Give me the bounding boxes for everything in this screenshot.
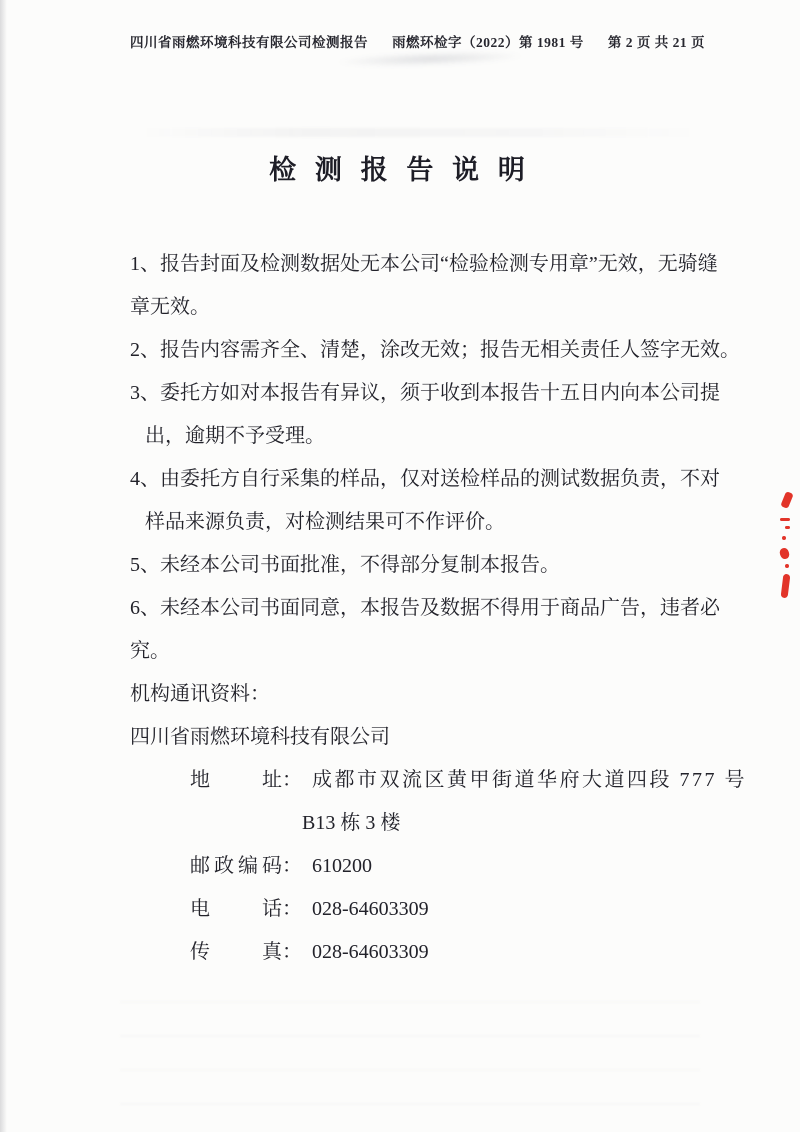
contact-row-phone: 电话：028-64603309 — [130, 888, 712, 931]
seal-mark — [781, 574, 791, 599]
contact-row-address: 地址：成都市双流区黄甲街道华府大道四段 777 号 — [130, 759, 712, 802]
scan-bleedthrough — [120, 985, 700, 1105]
note-item-3: 3、委托方如对本报告有异议，须于收到本报告十五日内向本公司提 出，逾期不予受理。 — [130, 372, 712, 458]
note-line: 3、委托方如对本报告有异议，须于收到本报告十五日内向本公司提 — [130, 372, 712, 415]
seal-mark — [785, 526, 790, 529]
header-page-number: 第 2 页 共 21 页 — [608, 31, 705, 51]
note-line: 究。 — [130, 630, 712, 673]
contact-label-address: 地址 — [190, 759, 282, 802]
note-line: 5、未经本公司书面批准，不得部分复制本报告。 — [130, 544, 712, 587]
contact-company-name: 四川省雨燃环境科技有限公司 — [130, 716, 712, 759]
contact-colon: ： — [282, 941, 302, 963]
note-line: 2、报告内容需齐全、清楚，涂改无效；报告无相关责任人签字无效。 — [130, 329, 712, 372]
note-item-6: 6、未经本公司书面同意，本报告及数据不得用于商品广告，违者必 究。 — [130, 587, 712, 673]
note-line: 4、由委托方自行采集的样品，仅对送检样品的测试数据负责，不对 — [130, 458, 712, 501]
contact-value-phone: 028-64603309 — [312, 898, 429, 920]
note-item-5: 5、未经本公司书面批准，不得部分复制本报告。 — [130, 544, 712, 587]
red-seal-fragment — [777, 492, 795, 608]
contact-value-fax: 028-64603309 — [312, 941, 429, 963]
seal-mark — [780, 491, 793, 509]
note-line: 1、报告封面及检测数据处无本公司“检验检测专用章”无效，无骑缝 — [130, 243, 712, 286]
contact-row-address-line2: B13 栋 3 楼 — [130, 802, 712, 845]
contact-heading: 机构通讯资料： — [130, 673, 712, 716]
note-line: 样品来源负责，对检测结果可不作评价。 — [130, 501, 712, 544]
contact-colon: ： — [282, 855, 302, 877]
contact-value-address: 成都市双流区黄甲街道华府大道四段 777 号 — [312, 769, 747, 791]
note-line: 章无效。 — [130, 286, 712, 329]
note-line: 6、未经本公司书面同意，本报告及数据不得用于商品广告，违者必 — [130, 587, 712, 630]
contact-label-postcode: 邮政编码 — [190, 845, 282, 888]
contact-value-address-line2: B13 栋 3 楼 — [302, 812, 400, 834]
scan-smudge — [335, 49, 525, 70]
page-title: 检 测 报 告 说 明 — [0, 148, 800, 187]
seal-mark — [785, 564, 789, 568]
contact-row-fax: 传真：028-64603309 — [130, 931, 712, 974]
scan-smudge — [140, 128, 700, 137]
seal-mark — [780, 518, 790, 521]
contact-label-phone: 电话 — [190, 888, 282, 931]
contact-section: 机构通讯资料： 四川省雨燃环境科技有限公司 地址：成都市双流区黄甲街道华府大道四… — [130, 673, 712, 974]
contact-row-postcode: 邮政编码：610200 — [130, 845, 712, 888]
contact-label-fax: 传真 — [190, 931, 282, 974]
note-item-1: 1、报告封面及检测数据处无本公司“检验检测专用章”无效，无骑缝 章无效。 — [130, 243, 712, 329]
contact-colon: ： — [282, 898, 302, 920]
note-item-4: 4、由委托方自行采集的样品，仅对送检样品的测试数据负责，不对 样品来源负责，对检… — [130, 458, 712, 544]
report-page: 四川省雨燃环境科技有限公司检测报告 雨燃环检字（2022）第 1981 号 第 … — [0, 0, 800, 1132]
report-notes-section: 1、报告封面及检测数据处无本公司“检验检测专用章”无效，无骑缝 章无效。 2、报… — [130, 243, 712, 974]
note-line: 出，逾期不予受理。 — [130, 415, 712, 458]
seal-mark — [779, 547, 791, 560]
seal-mark — [782, 536, 786, 540]
page-header: 四川省雨燃环境科技有限公司检测报告 雨燃环检字（2022）第 1981 号 第 … — [130, 31, 705, 51]
contact-colon: ： — [282, 769, 302, 791]
header-company-name: 四川省雨燃环境科技有限公司检测报告 — [130, 31, 368, 51]
header-doc-number: 雨燃环检字（2022）第 1981 号 — [392, 31, 584, 51]
contact-value-postcode: 610200 — [312, 855, 372, 877]
note-item-2: 2、报告内容需齐全、清楚，涂改无效；报告无相关责任人签字无效。 — [130, 329, 712, 372]
